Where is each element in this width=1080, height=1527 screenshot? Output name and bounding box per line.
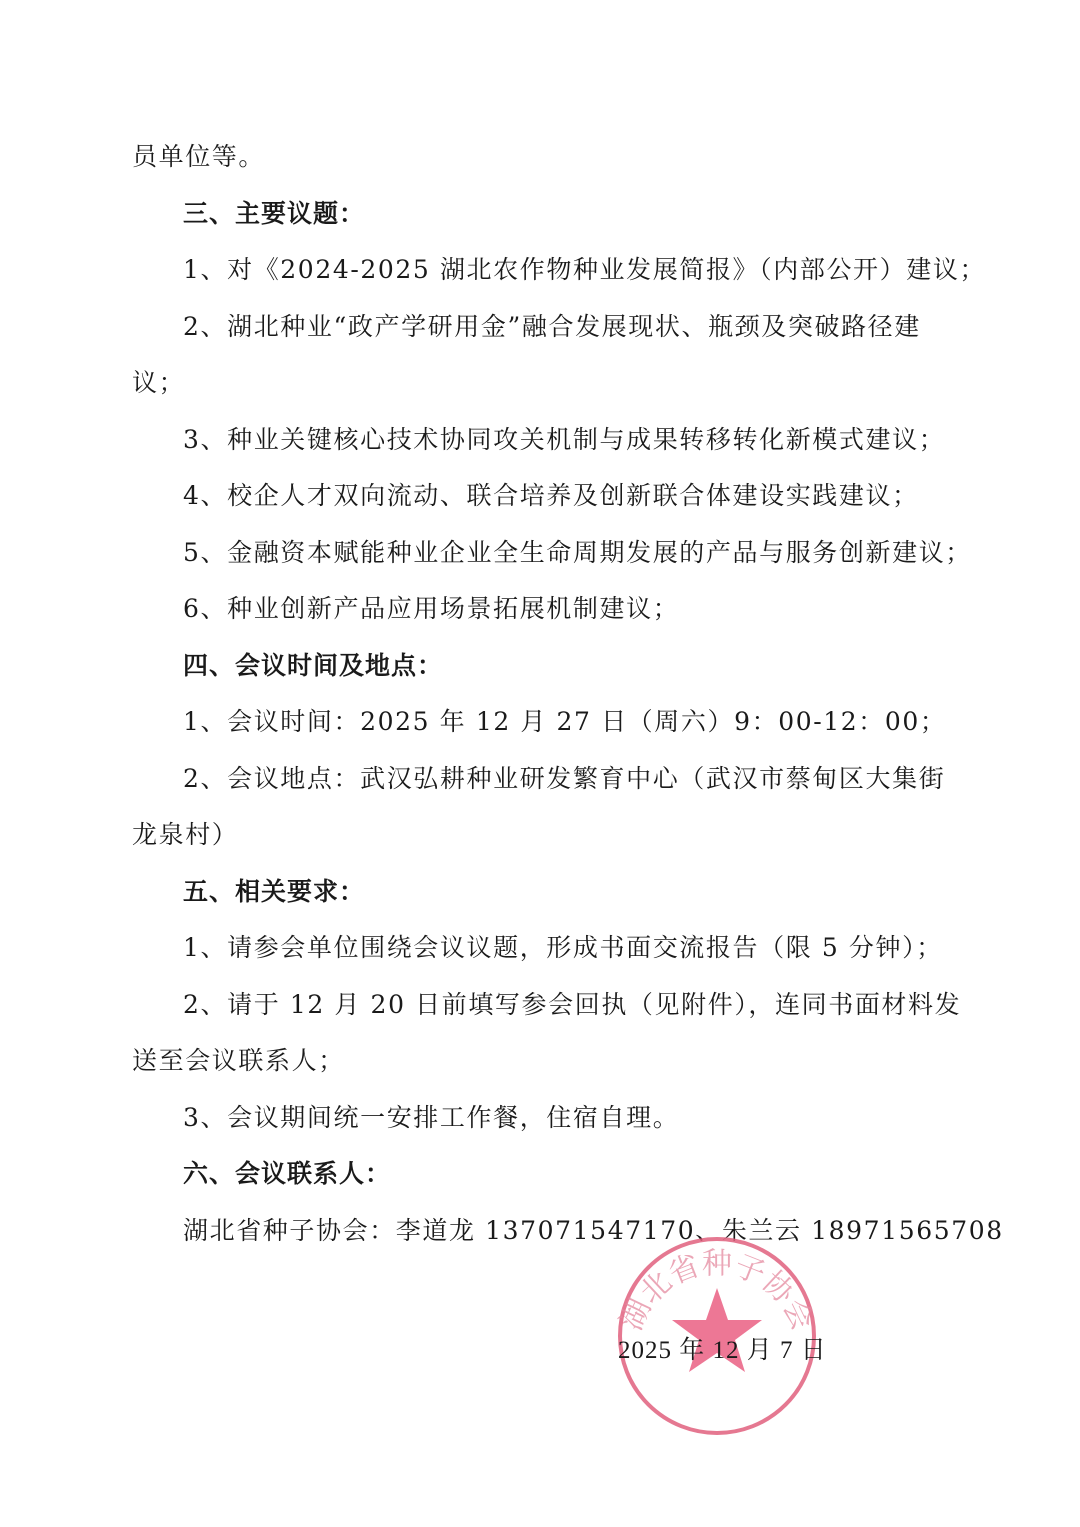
paragraph-line: 员单位等。	[132, 142, 265, 172]
section-heading: 六、会议联系人：	[183, 1159, 391, 1189]
paragraph-line: 3、会议期间统一安排工作餐，住宿自理。	[183, 1103, 679, 1133]
paragraph-line: 议；	[132, 368, 185, 398]
document-date: 2025 年 12 月 7 日	[618, 1330, 827, 1366]
paragraph-line: 3、种业关键核心技术协同攻关机制与成果转移转化新模式建议；	[183, 425, 945, 455]
paragraph-line: 1、请参会单位围绕会议议题，形成书面交流报告（限 5 分钟）；	[183, 933, 943, 963]
paragraph-line: 1、对《2024-2025 湖北农作物种业发展简报》（内部公开）建议；	[183, 255, 986, 285]
paragraph-line: 送至会议联系人；	[132, 1046, 345, 1076]
section-heading: 五、相关要求：	[183, 877, 365, 907]
paragraph-line: 湖北省种子协会：李道龙 137071547170、朱兰云 18971565708	[183, 1216, 1004, 1246]
paragraph-line: 2、湖北种业“政产学研用金”融合发展现状、瓶颈及突破路径建	[183, 312, 921, 342]
paragraph-line: 2、请于 12 月 20 日前填写参会回执（见附件），连同书面材料发	[183, 990, 961, 1020]
section-heading: 三、主要议题：	[183, 199, 365, 229]
section-heading: 四、会议时间及地点：	[183, 651, 443, 681]
document-page: 员单位等。三、主要议题：1、对《2024-2025 湖北农作物种业发展简报》（内…	[0, 0, 1080, 1527]
paragraph-line: 龙泉村）	[132, 820, 238, 850]
paragraph-line: 5、金融资本赋能种业企业全生命周期发展的产品与服务创新建议；	[183, 538, 972, 568]
paragraph-line: 6、种业创新产品应用场景拓展机制建议；	[183, 594, 679, 624]
paragraph-line: 1、会议时间：2025 年 12 月 27 日（周六）9：00-12：00；	[183, 707, 946, 737]
paragraph-line: 4、校企人才双向流动、联合培养及创新联合体建设实践建议；	[183, 481, 919, 511]
paragraph-line: 2、会议地点：武汉弘耕种业研发繁育中心（武汉市蔡甸区大集街	[183, 764, 945, 794]
